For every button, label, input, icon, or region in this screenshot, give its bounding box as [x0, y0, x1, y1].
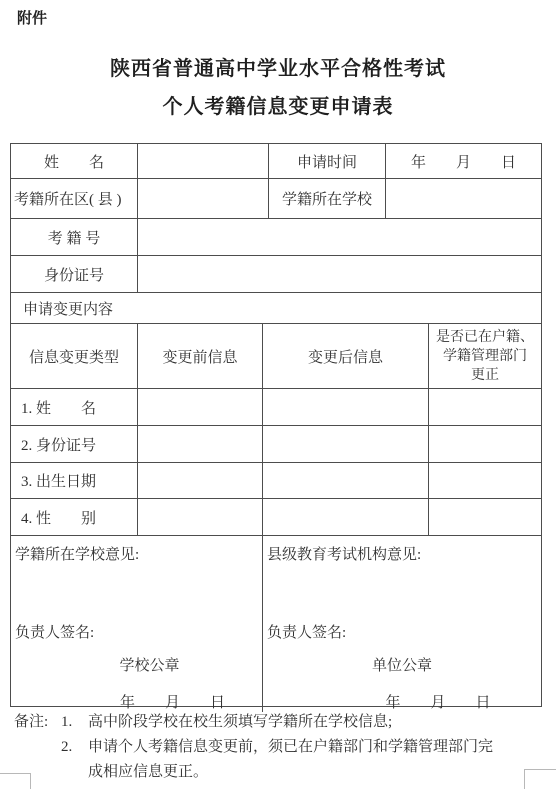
id-number-value-cell — [138, 256, 541, 292]
footnote-1: 1. 高中阶段学校在校生须填写学籍所在学校信息; — [61, 710, 550, 735]
row-district-school: 考籍所在区( 县 ) 学籍所在学校 — [11, 179, 541, 219]
footnotes: 备注: 1. 高中阶段学校在校生须填写学籍所在学校信息; 2. 申请个人考籍信息… — [14, 710, 550, 785]
row-item-name: 1. 姓 名 — [11, 389, 541, 426]
scan-corner-artifact-right — [524, 769, 556, 789]
exam-number-value-cell — [138, 219, 541, 255]
county-opinion-cell: 县级教育考试机构意见: 负责人签名: 单位公章 年 月 日 — [263, 536, 541, 712]
footnote-2-number: 2. — [61, 735, 88, 785]
row-item-birthdate: 3. 出生日期 — [11, 463, 541, 499]
school-label-cell: 学籍所在学校 — [269, 179, 386, 218]
id-number-label-cell: 身份证号 — [11, 256, 138, 292]
name-value-cell — [138, 144, 269, 178]
page-title-line1: 陕西省普通高中学业水平合格性考试 — [0, 50, 556, 88]
col-header-after-info: 变更后信息 — [263, 324, 429, 388]
item-gender-label-cell: 4. 性 别 — [11, 499, 138, 535]
name-label-cell: 姓 名 — [11, 144, 138, 178]
county-opinion-date: 年 月 日 — [267, 691, 537, 712]
footnote-2: 2. 申请个人考籍信息变更前，须已在户籍部门和学籍管理部门完 成相应信息更正。 — [61, 735, 550, 785]
apply-time-label-cell: 申请时间 — [269, 144, 386, 178]
footnotes-list: 1. 高中阶段学校在校生须填写学籍所在学校信息; 2. 申请个人考籍信息变更前，… — [61, 710, 550, 785]
row-column-headers: 信息变更类型 变更前信息 变更后信息 是否已在户籍、 学籍管理部门 更正 — [11, 324, 541, 389]
school-opinion-date: 年 月 日 — [15, 691, 258, 712]
application-form-table: 姓 名 申请时间 年 月 日 考籍所在区( 县 ) 学籍所在学校 考 籍 号 身… — [10, 143, 542, 707]
row-item-gender: 4. 性 别 — [11, 499, 541, 536]
change-content-label-cell: 申请变更内容 — [11, 293, 541, 323]
document-page: 附件 陕西省普通高中学业水平合格性考试 个人考籍信息变更申请表 姓 名 申请时间… — [0, 0, 556, 789]
school-seal-label: 学校公章 — [15, 654, 258, 675]
district-value-cell — [138, 179, 269, 218]
footnote-1-text: 高中阶段学校在校生须填写学籍所在学校信息; — [88, 710, 392, 735]
school-value-cell — [386, 179, 541, 218]
scan-corner-artifact-left — [0, 773, 31, 789]
item-name-after-cell — [263, 389, 429, 425]
attachment-label: 附件 — [17, 7, 47, 28]
item-name-label-cell: 1. 姓 名 — [11, 389, 138, 425]
item-idcard-after-cell — [263, 426, 429, 462]
district-label-cell: 考籍所在区( 县 ) — [11, 179, 138, 218]
unit-seal-label: 单位公章 — [267, 654, 537, 675]
row-change-content: 申请变更内容 — [11, 293, 541, 324]
footnote-1-number: 1. — [61, 710, 88, 735]
school-opinion-title: 学籍所在学校意见: — [15, 543, 258, 564]
school-opinion-cell: 学籍所在学校意见: 负责人签名: 学校公章 年 月 日 — [11, 536, 263, 712]
page-title: 陕西省普通高中学业水平合格性考试 个人考籍信息变更申请表 — [0, 50, 556, 126]
page-title-line2: 个人考籍信息变更申请表 — [0, 88, 556, 126]
school-opinion-sign-label: 负责人签名: — [15, 621, 258, 642]
row-exam-number: 考 籍 号 — [11, 219, 541, 256]
row-opinions: 学籍所在学校意见: 负责人签名: 学校公章 年 月 日 县级教育考试机构意见: … — [11, 536, 541, 712]
row-id-number: 身份证号 — [11, 256, 541, 293]
item-birthdate-after-cell — [263, 463, 429, 498]
item-idcard-corrected-cell — [429, 426, 541, 462]
col-header-corrected: 是否已在户籍、 学籍管理部门 更正 — [429, 324, 541, 388]
row-name-applytime: 姓 名 申请时间 年 月 日 — [11, 144, 541, 179]
exam-number-label-cell: 考 籍 号 — [11, 219, 138, 255]
item-name-before-cell — [138, 389, 263, 425]
footnote-2-text: 申请个人考籍信息变更前，须已在户籍部门和学籍管理部门完 成相应信息更正。 — [88, 735, 493, 785]
item-idcard-label-cell: 2. 身份证号 — [11, 426, 138, 462]
item-gender-after-cell — [263, 499, 429, 535]
item-name-corrected-cell — [429, 389, 541, 425]
item-gender-corrected-cell — [429, 499, 541, 535]
item-idcard-before-cell — [138, 426, 263, 462]
item-birthdate-label-cell: 3. 出生日期 — [11, 463, 138, 498]
item-birthdate-corrected-cell — [429, 463, 541, 498]
county-opinion-title: 县级教育考试机构意见: — [267, 543, 537, 564]
col-header-change-type: 信息变更类型 — [11, 324, 138, 388]
col-header-before-info: 变更前信息 — [138, 324, 263, 388]
item-gender-before-cell — [138, 499, 263, 535]
row-item-idcard: 2. 身份证号 — [11, 426, 541, 463]
item-birthdate-before-cell — [138, 463, 263, 498]
county-opinion-sign-label: 负责人签名: — [267, 621, 537, 642]
apply-time-value-cell: 年 月 日 — [386, 144, 541, 178]
